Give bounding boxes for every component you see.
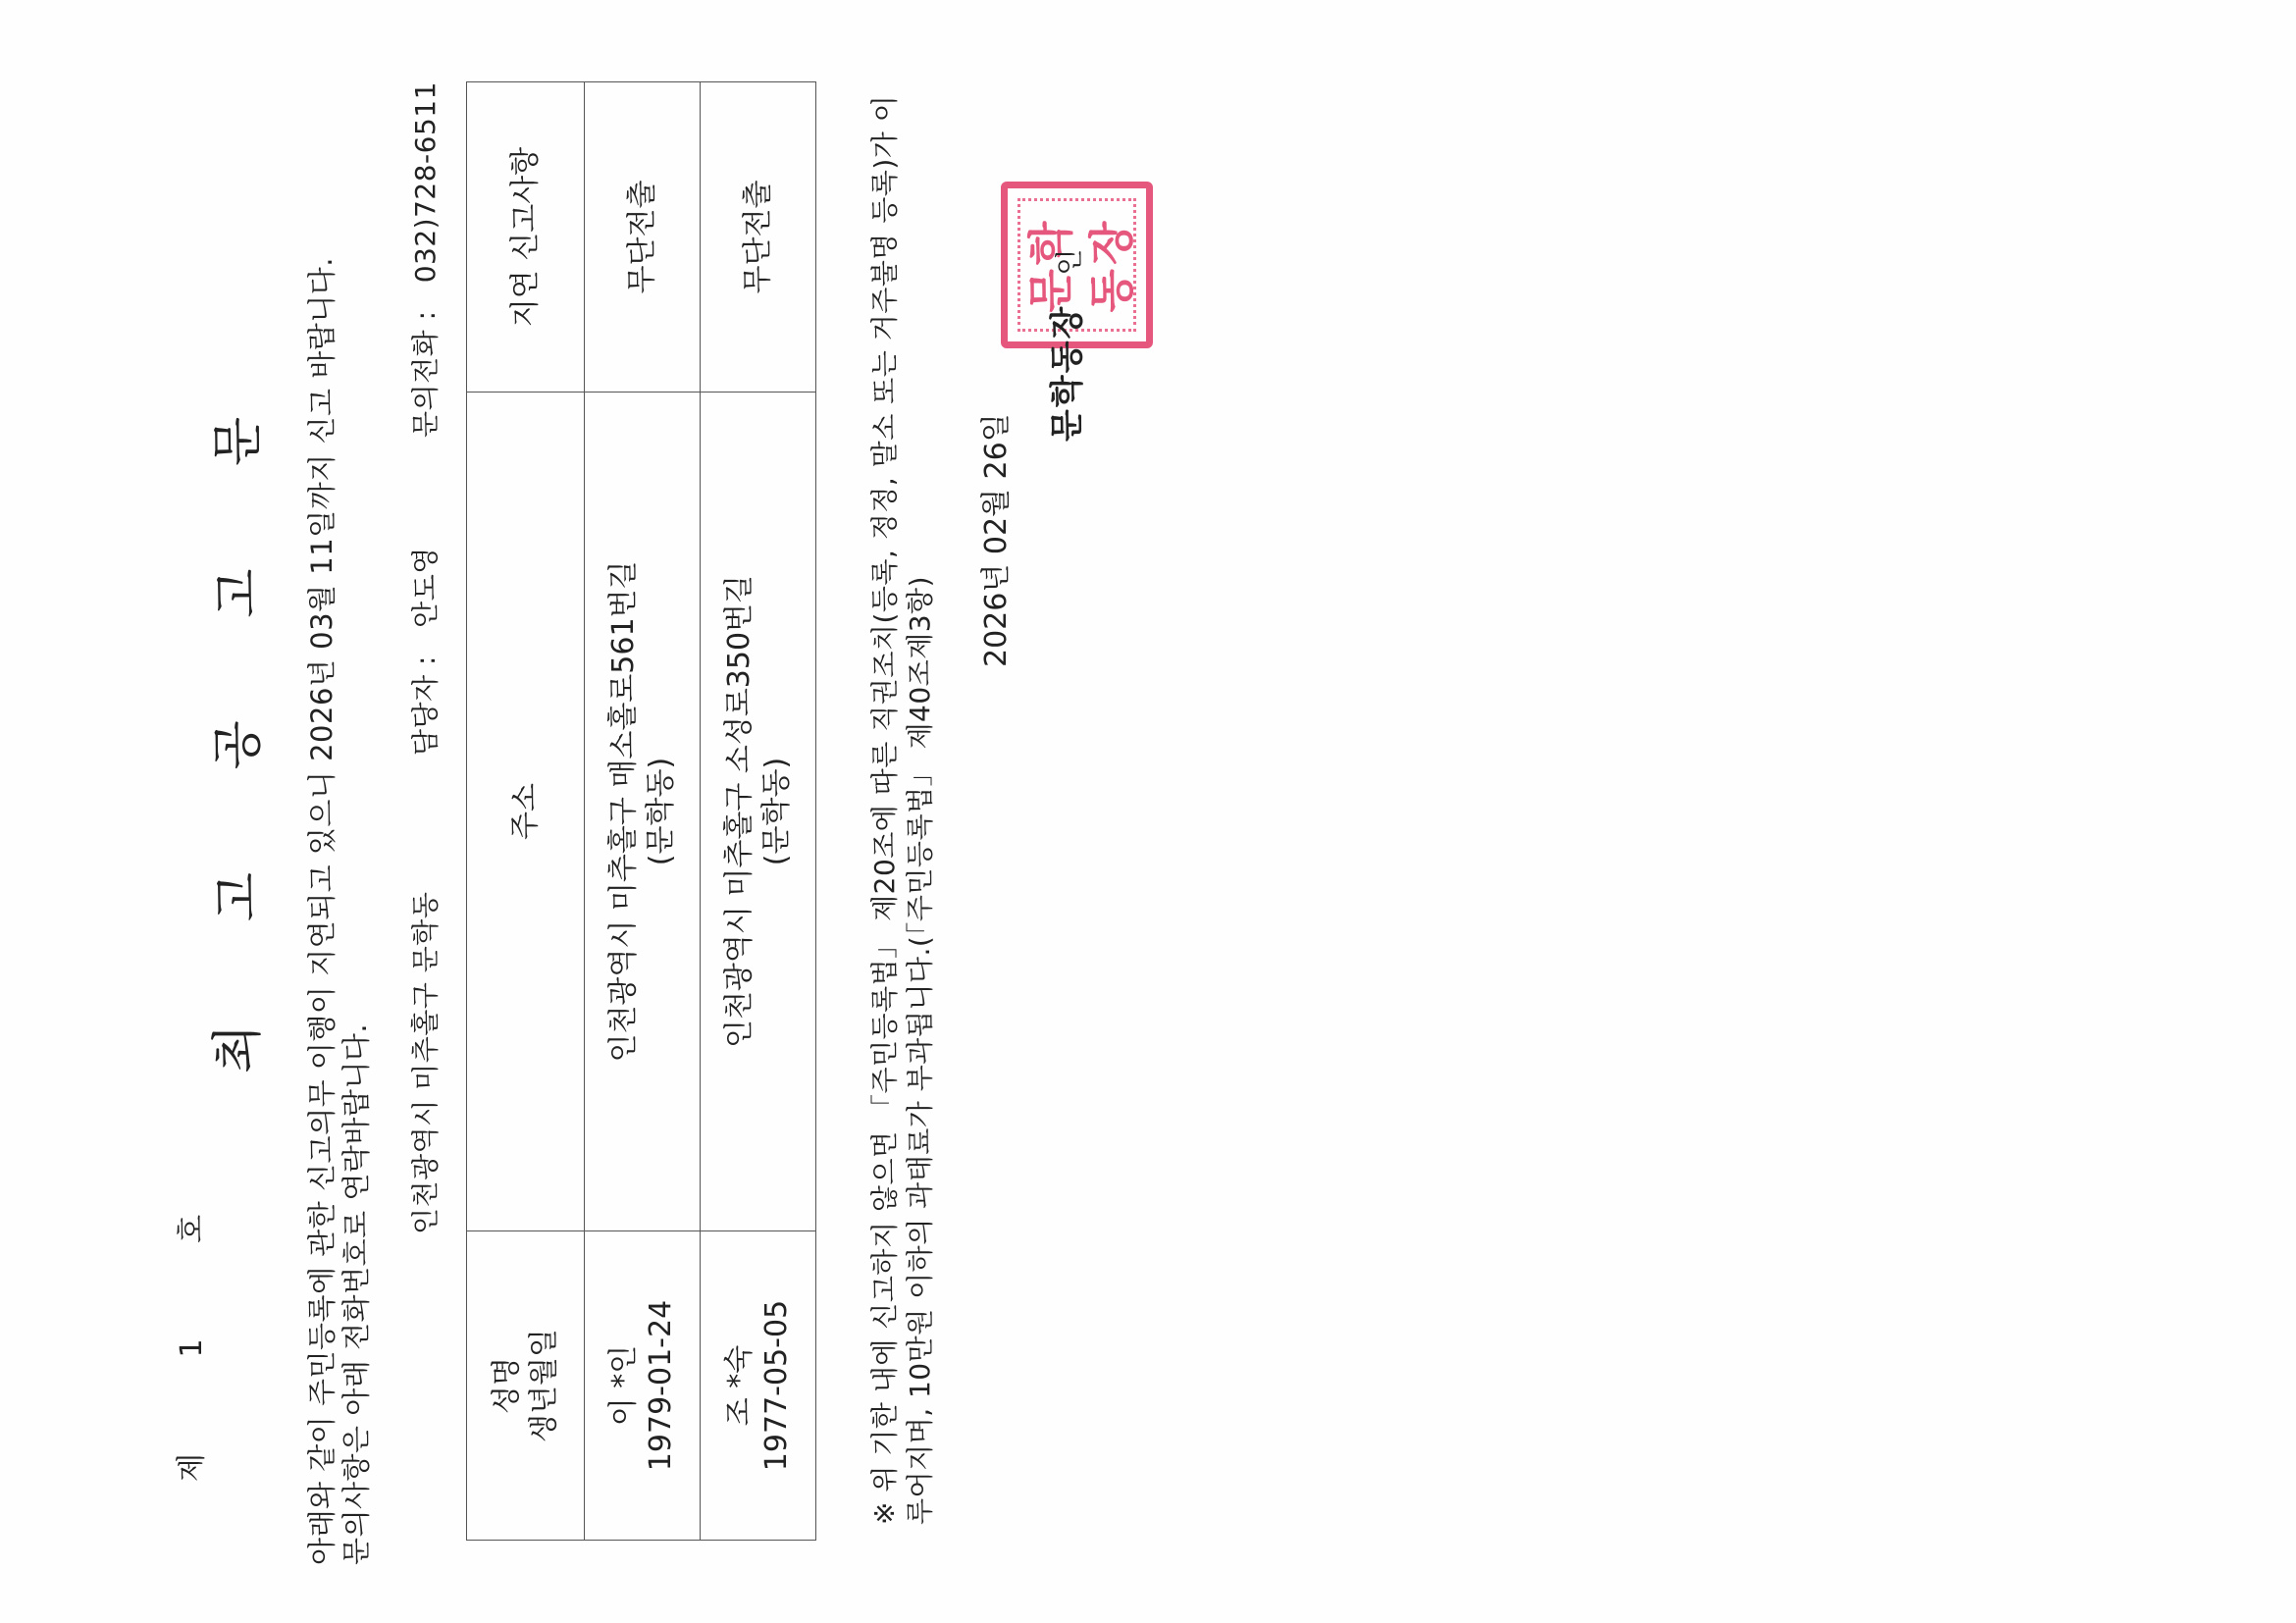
cell-reason: 무단전출	[585, 82, 701, 393]
phone-label: 문의전화 :	[409, 310, 442, 438]
document-number: 제 1 호	[167, 1172, 210, 1482]
cell-address: 인천광역시 미추홀구 매소홀로561번길 (문학동)	[585, 393, 701, 1231]
header-name-birth: 성명 생년월일	[467, 1231, 585, 1541]
manager-name: 안도영	[409, 547, 442, 628]
cell-address: 인천광역시 미추홀구 소성로350번길 (문학동)	[701, 393, 816, 1231]
table-row: 조 *숙 1977-05-05 인천광역시 미추홀구 소성로350번길 (문학동…	[701, 82, 816, 1541]
contact-phone: 문의전화 : 032)728-6511	[404, 81, 444, 438]
overdue-report-table: 성명 생년월일 주소 지연 신고사항 이 *인 1979-01-24 인천광역시…	[466, 81, 816, 1541]
cell-name-birth: 조 *숙 1977-05-05	[701, 1231, 816, 1541]
document-page: 제 1 호 최 고 공 고 문 아래와 같이 주민등록에 관한 신고의무 이행이…	[0, 0, 2296, 1623]
header-reason: 지연 신고사항	[467, 82, 585, 393]
contact-address: 인천광역시 미추홀구 문학동	[404, 892, 444, 1234]
issuer-title: 문학동장	[1048, 305, 1087, 442]
seal-mark: 인	[1053, 247, 1085, 276]
table-header-row: 성명 생년월일 주소 지연 신고사항	[467, 82, 585, 1541]
table-row: 이 *인 1979-01-24 인천광역시 미추홀구 매소홀로561번길 (문학…	[585, 82, 701, 1541]
cell-name-birth: 이 *인 1979-01-24	[585, 1231, 701, 1541]
phone-number: 032)728-6511	[409, 81, 442, 283]
issuer-signature: 문학동장인	[1040, 247, 1088, 442]
legal-note-line-1: ※ 위 기한 내에 신고하지 않으면 「주민등록법」 제20조에 따른 직권조치…	[863, 95, 903, 1525]
manager-label: 담당자 :	[409, 655, 442, 756]
legal-note-line-2: 루어지며, 10만원 이하의 과태료가 부과됩니다.(「주민등록법」 제40조제…	[899, 576, 938, 1525]
document-title: 최 고 공 고 문	[196, 544, 270, 1073]
issue-date: 2026년 02월 26일	[971, 413, 1015, 667]
contact-manager: 담당자 : 안도영	[404, 547, 444, 756]
header-address: 주소	[467, 393, 585, 1231]
cell-reason: 무단전출	[701, 82, 816, 393]
notice-paragraph-line-2: 문의사항은 아래 전화번호로 연락바랍니다.	[335, 1023, 375, 1565]
